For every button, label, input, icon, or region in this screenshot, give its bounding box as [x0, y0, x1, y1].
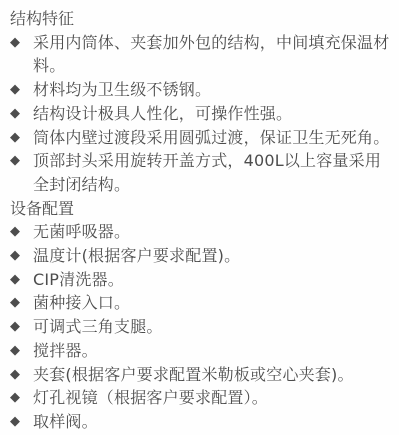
list-item-text: 筒体内壁过渡段采用圆弧过渡，保证卫生无死角。 [33, 126, 397, 150]
diamond-bullet-icon: ◆ [10, 268, 26, 292]
list-item-text: 材料均为卫生级不锈钢。 [33, 78, 397, 102]
list-item-text: CIP清洗器。 [33, 268, 397, 292]
diamond-bullet-icon: ◆ [10, 410, 26, 434]
list-item: ◆筒体内壁过渡段采用圆弧过渡，保证卫生无死角。 [10, 126, 397, 150]
list-item-text: 温度计(根据客户要求配置)。 [33, 244, 397, 268]
list-item-text: 顶部封头采用旋转开盖方式，400L以上容量采用全封闭结构。 [33, 149, 397, 196]
list-item: ◆搅拌器。 [10, 339, 397, 363]
list-item-text: 菌种接入口。 [33, 291, 397, 315]
diamond-bullet-icon: ◆ [10, 339, 26, 363]
section-title: 设备配置 [10, 197, 397, 221]
list-item: ◆结构设计极具人性化，可操作性强。 [10, 102, 397, 126]
diamond-bullet-icon: ◆ [10, 126, 26, 150]
list-item-text: 夹套(根据客户要求配置米勒板或空心夹套)。 [33, 363, 397, 387]
section-title: 结构特征 [10, 7, 397, 31]
diamond-bullet-icon: ◆ [10, 291, 26, 315]
list-item: ◆CIP清洗器。 [10, 268, 397, 292]
list-item: ◆可调式三角支腿。 [10, 315, 397, 339]
list-item: ◆无菌呼吸器。 [10, 220, 397, 244]
list-item: ◆菌种接入口。 [10, 291, 397, 315]
list-item: ◆灯孔视镜（根据客户要求配置）。 [10, 386, 397, 410]
diamond-bullet-icon: ◆ [10, 386, 26, 410]
diamond-bullet-icon: ◆ [10, 78, 26, 102]
list-item: ◆温度计(根据客户要求配置)。 [10, 244, 397, 268]
list-item: ◆夹套(根据客户要求配置米勒板或空心夹套)。 [10, 363, 397, 387]
diamond-bullet-icon: ◆ [10, 220, 26, 244]
diamond-bullet-icon: ◆ [10, 244, 26, 268]
list-item-text: 灯孔视镜（根据客户要求配置）。 [33, 386, 397, 410]
list-item: ◆采用内筒体、夹套加外包的结构，中间填充保温材料。 [10, 31, 397, 78]
list-item-text: 取样阀。 [33, 410, 397, 434]
diamond-bullet-icon: ◆ [10, 31, 26, 55]
list-item-text: 采用内筒体、夹套加外包的结构，中间填充保温材料。 [33, 31, 397, 78]
diamond-bullet-icon: ◆ [10, 102, 26, 126]
diamond-bullet-icon: ◆ [10, 315, 26, 339]
list-item: ◆取样阀。 [10, 410, 397, 434]
list-item-text: 可调式三角支腿。 [33, 315, 397, 339]
spec-text-block: 结构特征◆采用内筒体、夹套加外包的结构，中间填充保温材料。◆材料均为卫生级不锈钢… [0, 0, 399, 435]
list-item-text: 无菌呼吸器。 [33, 220, 397, 244]
diamond-bullet-icon: ◆ [10, 363, 26, 387]
list-item: ◆顶部封头采用旋转开盖方式，400L以上容量采用全封闭结构。 [10, 149, 397, 196]
list-item-text: 结构设计极具人性化，可操作性强。 [33, 102, 397, 126]
diamond-bullet-icon: ◆ [10, 149, 26, 173]
list-item-text: 搅拌器。 [33, 339, 397, 363]
list-item: ◆材料均为卫生级不锈钢。 [10, 78, 397, 102]
